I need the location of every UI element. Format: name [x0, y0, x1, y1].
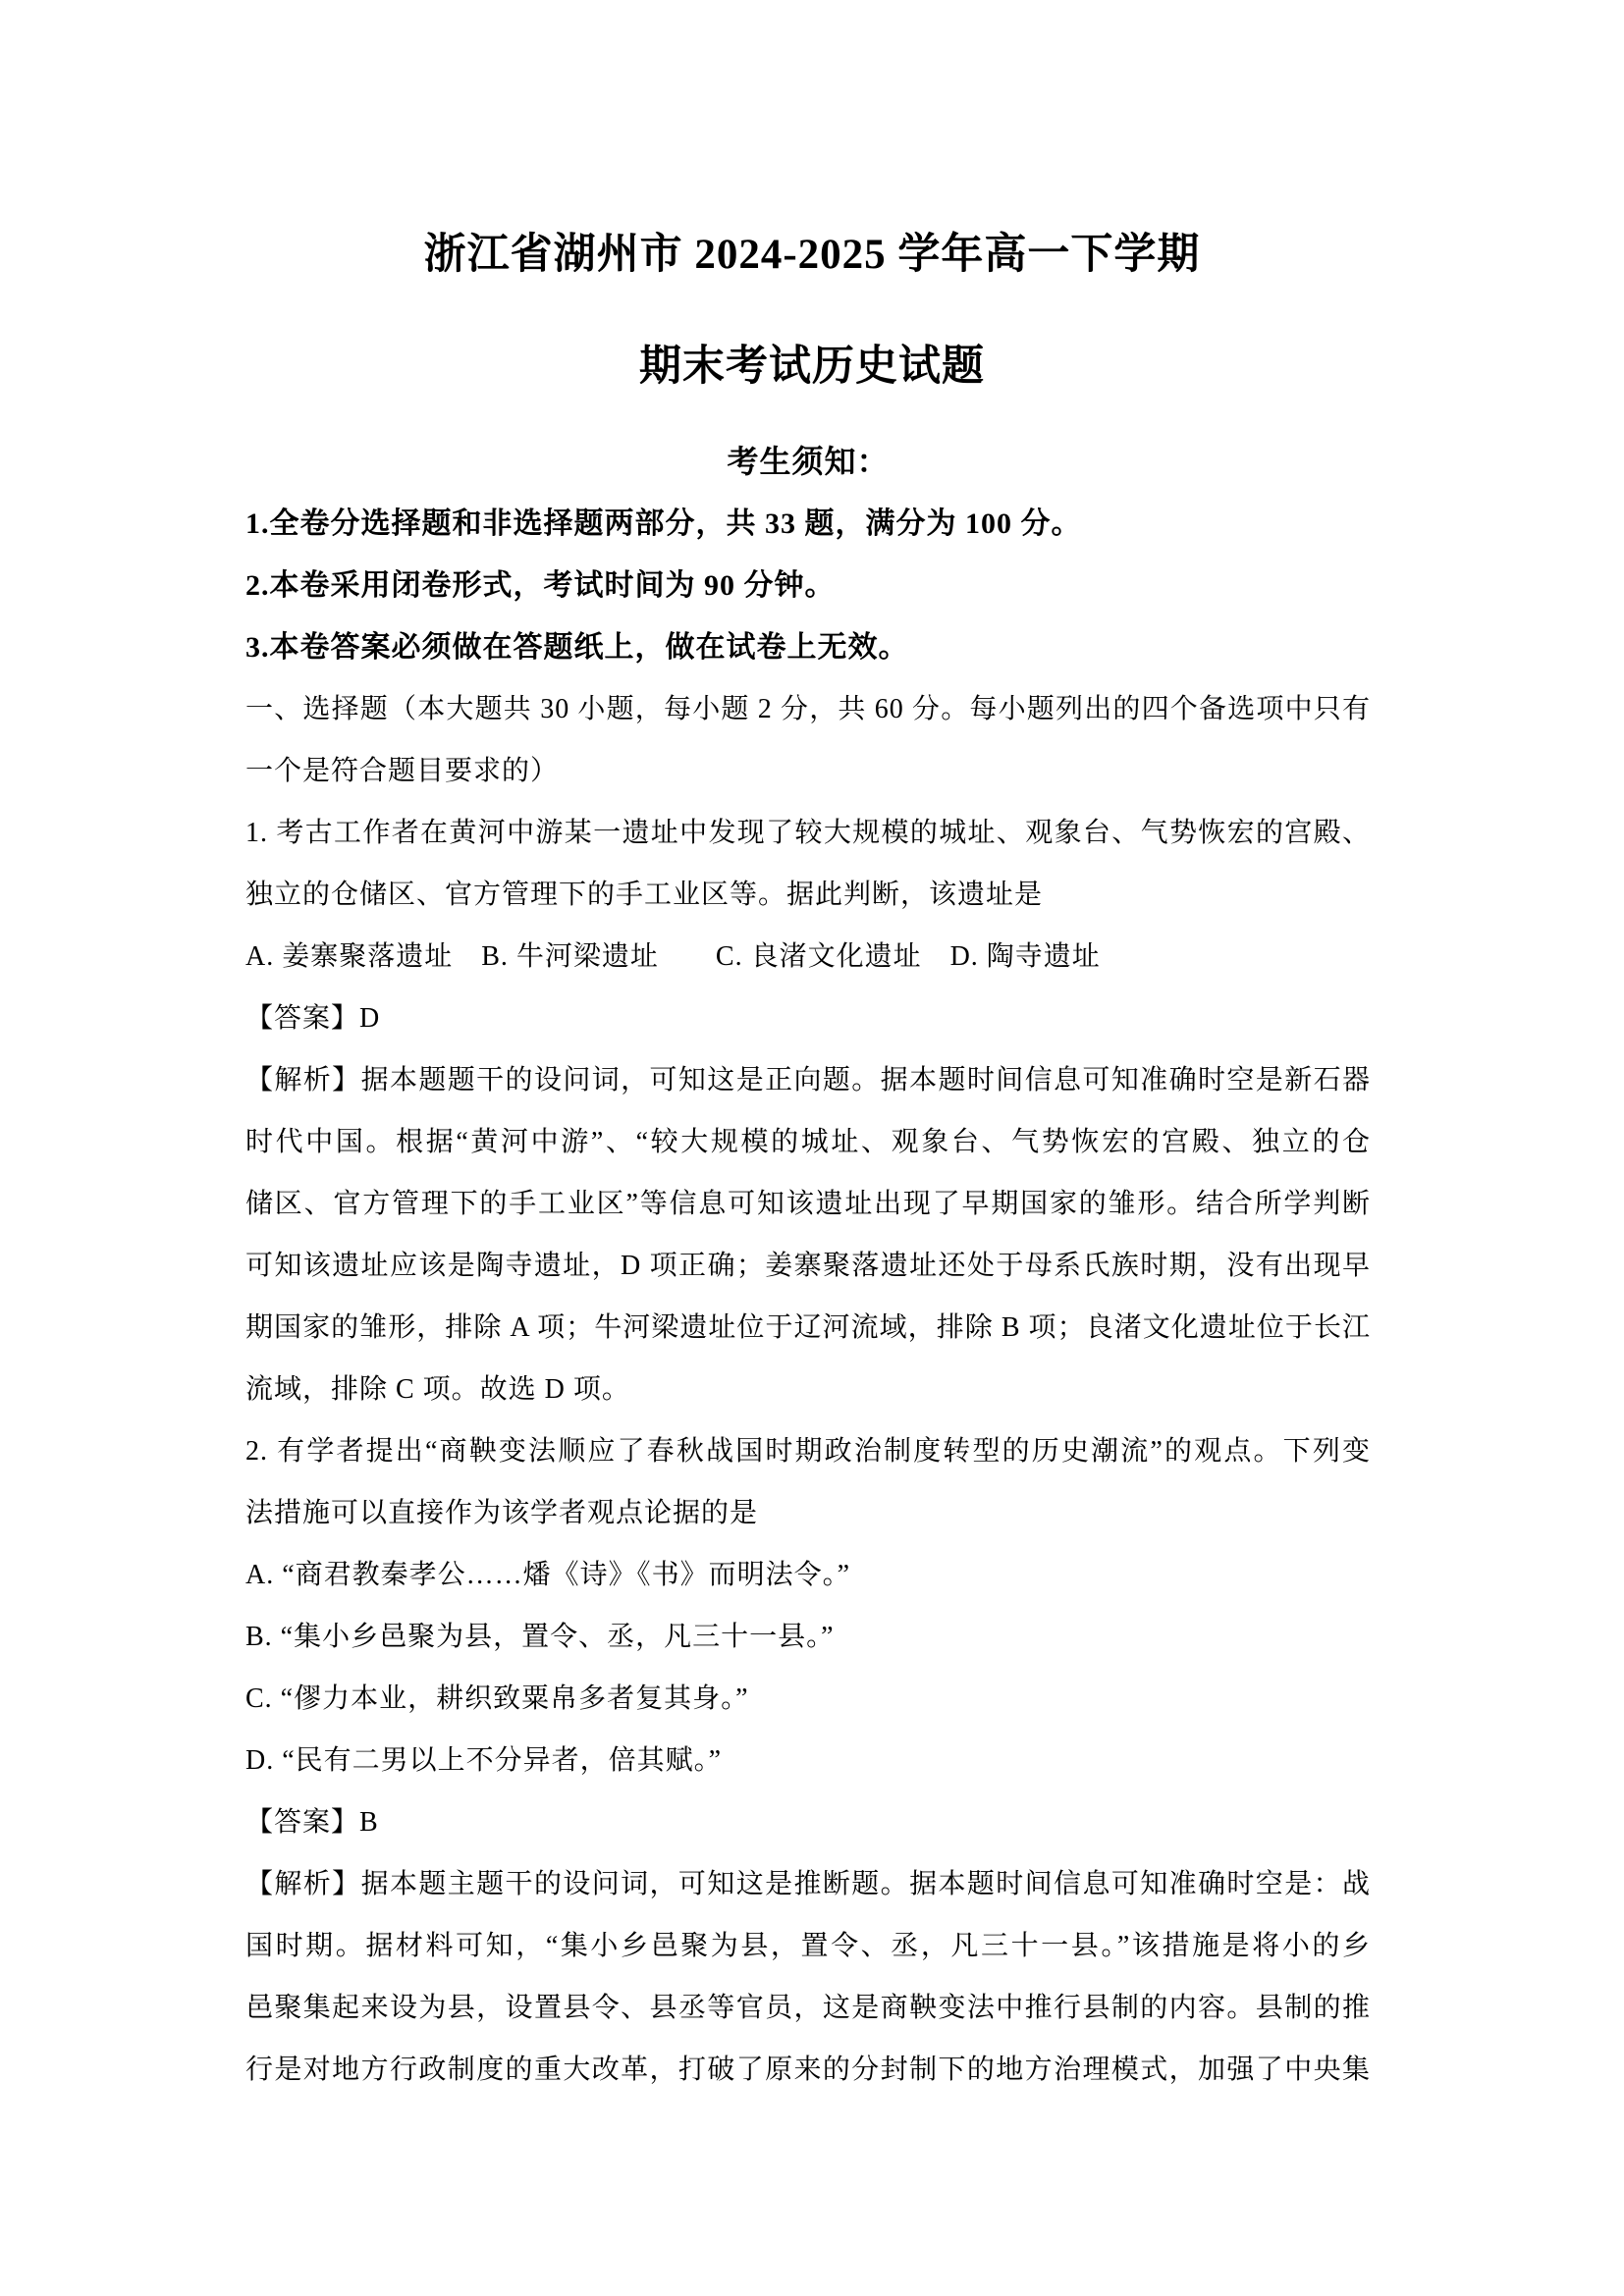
question-2-answer: 【答案】B — [245, 1791, 1371, 1853]
exam-title: 浙江省湖州市 2024-2025 学年高一下学期 — [0, 229, 1624, 282]
question-2-analysis-line-4: 行是对地方行政制度的重大改革，打破了原来的分封制下的地方治理模式，加强了中央集 — [245, 2039, 1371, 2101]
question-1-analysis-line-3: 储区、官方管理下的手工业区”等信息可知该遗址出现了早期国家的雏形。结合所学判断 — [245, 1173, 1371, 1235]
question-2-option-b: B. “集小乡邑聚为县，置令、丞，凡三十一县。” — [245, 1606, 1371, 1668]
question-1-analysis-line-5: 期国家的雏形，排除 A 项；牛河梁遗址位于辽河流域，排除 B 项；良渚文化遗址位… — [245, 1297, 1371, 1359]
notice-item-1: 1.全卷分选择题和非选择题两部分，共 33 题，满分为 100 分。 — [245, 493, 1371, 555]
question-2-analysis-line-1: 【解析】据本题主题干的设问词，可知这是推断题。据本题时间信息可知准确时空是：战 — [245, 1853, 1371, 1915]
question-1-stem-line-1: 1. 考古工作者在黄河中游某一遗址中发现了较大规模的城址、观象台、气势恢宏的宫殿… — [245, 802, 1371, 864]
question-2-option-d: D. “民有二男以上不分异者，倍其赋。” — [245, 1730, 1371, 1791]
question-1-analysis-line-2: 时代中国。根据“黄河中游”、“较大规模的城址、观象台、气势恢宏的宫殿、独立的仓 — [245, 1111, 1371, 1173]
question-1-options-line: A. 姜寨聚落遗址 B. 牛河梁遗址 C. 良渚文化遗址 D. 陶寺遗址 — [245, 926, 1371, 988]
section-heading-line-2: 一个是符合题目要求的） — [245, 740, 1371, 802]
question-2-analysis-line-2: 国时期。据材料可知，“集小乡邑聚为县，置令、丞，凡三十一县。”该措施是将小的乡 — [245, 1915, 1371, 1977]
question-1-analysis-line-1: 【解析】据本题题干的设问词，可知这是正向题。据本题时间信息可知准确时空是新石器 — [245, 1049, 1371, 1111]
question-2-option-c: C. “僇力本业，耕织致粟帛多者复其身。” — [245, 1668, 1371, 1730]
question-1-stem-line-2: 独立的仓储区、官方管理下的手工业区等。据此判断，该遗址是 — [245, 864, 1371, 926]
question-1-analysis-line-6: 流域，排除 C 项。故选 D 项。 — [245, 1359, 1371, 1420]
exam-document-page: 浙江省湖州市 2024-2025 学年高一下学期 期末考试历史试题 考生须知： … — [0, 0, 1624, 2296]
question-1-analysis-line-4: 可知该遗址应该是陶寺遗址，D 项正确；姜寨聚落遗址还处于母系氏族时期，没有出现早 — [245, 1235, 1371, 1297]
section-heading-line-1: 一、选择题（本大题共 30 小题，每小题 2 分，共 60 分。每小题列出的四个… — [245, 678, 1371, 740]
notice-item-2: 2.本卷采用闭卷形式，考试时间为 90 分钟。 — [245, 555, 1371, 616]
exam-body: 考生须知： 1.全卷分选择题和非选择题两部分，共 33 题，满分为 100 分。… — [245, 431, 1371, 2101]
notice-item-3: 3.本卷答案必须做在答题纸上，做在试卷上无效。 — [245, 616, 1371, 678]
question-2-analysis-line-3: 邑聚集起来设为县，设置县令、县丞等官员，这是商鞅变法中推行县制的内容。县制的推 — [245, 1977, 1371, 2039]
notice-heading: 考生须知： — [245, 431, 1371, 493]
question-2-option-a: A. “商君教秦孝公……燔《诗》《书》而明法令。” — [245, 1544, 1371, 1606]
question-1-answer: 【答案】D — [245, 988, 1371, 1049]
exam-subtitle: 期末考试历史试题 — [0, 341, 1624, 394]
question-2-stem-line-2: 法措施可以直接作为该学者观点论据的是 — [245, 1482, 1371, 1544]
question-2-stem-line-1: 2. 有学者提出“商鞅变法顺应了春秋战国时期政治制度转型的历史潮流”的观点。下列… — [245, 1420, 1371, 1482]
